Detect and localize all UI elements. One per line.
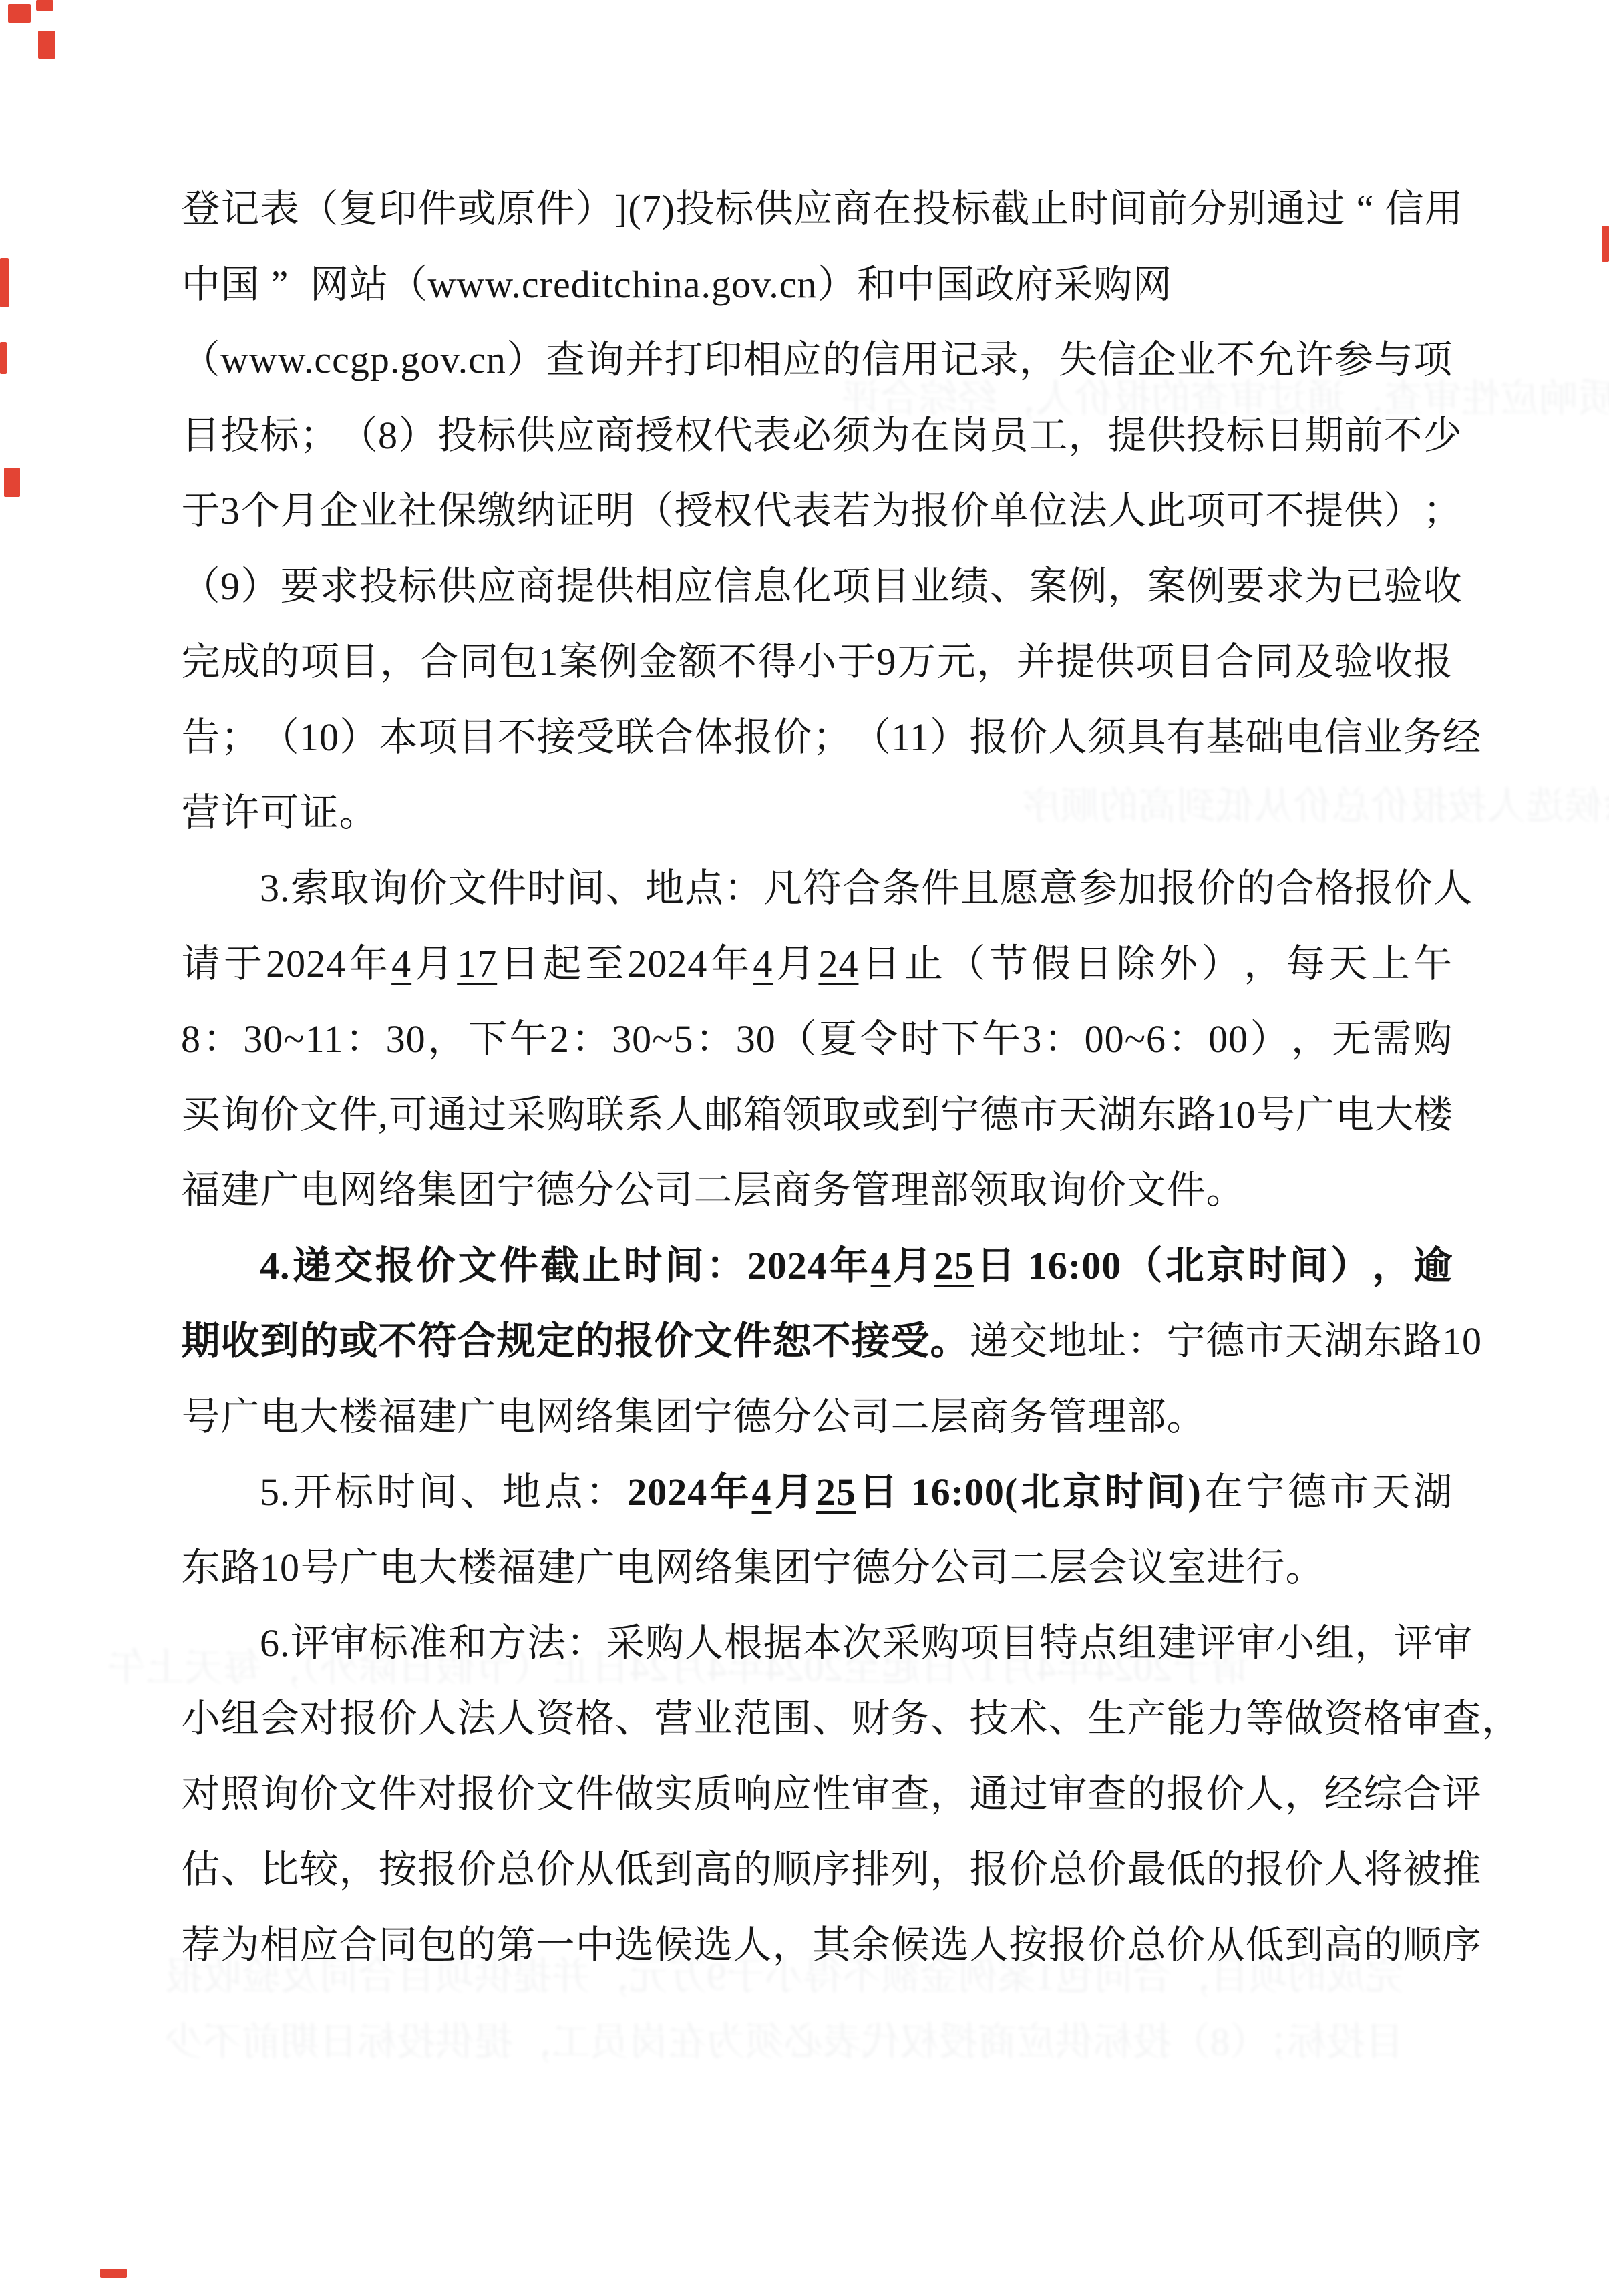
- text-token: 二: [693, 1152, 733, 1228]
- text-line-8: 告；（10）本项目不接受联合体报价；（11）报价人须具有基础电信业务经: [181, 699, 1453, 775]
- text-token: 京: [1063, 1454, 1102, 1530]
- text-token: 其: [812, 1907, 851, 1983]
- text-token: 德: [1206, 1303, 1245, 1379]
- text-token: 项: [832, 548, 871, 624]
- text-token: ): [1188, 1454, 1201, 1530]
- text-token: 表: [792, 473, 832, 548]
- text-token: 无: [1331, 1001, 1371, 1077]
- text-token: 在: [1204, 1454, 1243, 1530]
- text-token: 中: [575, 1907, 614, 1983]
- text-token: 天: [1328, 926, 1368, 1001]
- text-token: 项: [960, 1605, 1000, 1681]
- text-token: 原: [496, 171, 536, 247]
- text-token: 总: [1048, 1832, 1087, 1907]
- text-token: 价: [654, 1303, 693, 1379]
- text-line-6: （9）要求投标供应商提供相应信息化项目业绩、案例，案例要求为已验收: [181, 548, 1453, 624]
- red-scan-artifact: [0, 258, 9, 307]
- text-line-13: 买询价文件,可通过采购联系人邮箱领取或到宁德市天湖东路10号广电大楼: [181, 1077, 1453, 1152]
- text-token: ，: [379, 624, 419, 699]
- text-token: 小: [181, 1681, 220, 1756]
- red-scan-artifact: [4, 468, 20, 497]
- text-token: 本: [803, 1605, 842, 1681]
- text-token: 的: [1206, 1832, 1245, 1907]
- text-token: 4.: [260, 1228, 291, 1303]
- text-token: 4: [753, 926, 773, 1001]
- text-token: 报: [1048, 1907, 1087, 1983]
- text-token: “: [1345, 171, 1385, 247]
- text-token: 经: [1324, 1756, 1363, 1832]
- text-token: 、: [812, 1681, 851, 1756]
- text-token: 报: [1245, 1832, 1284, 1907]
- text-token: 缴: [477, 473, 516, 548]
- ghost-text-line: 目投标；（8）投标供应商授权代表必须为在岗员工，提供投标日期前不少: [164, 2004, 1404, 2080]
- text-token: 司: [654, 1152, 693, 1228]
- text-token: 采: [882, 1605, 921, 1681]
- text-token: 逾: [1413, 1228, 1453, 1303]
- text-line-11: 请于2024年4月17日起至2024年4月24日止（节假日除外），每天上午: [181, 926, 1453, 1001]
- text-line-12: 8：30~11：30，下午2：30~5：30（夏令时下午3：00~6：00），无…: [181, 1001, 1453, 1077]
- text-token: 代: [753, 473, 792, 548]
- text-token: 额: [678, 624, 717, 699]
- text-token: 候: [890, 1907, 930, 1983]
- text-token: 期: [181, 1303, 220, 1379]
- text-token: 行: [1246, 1530, 1285, 1605]
- text-token: 文: [693, 1303, 733, 1379]
- text-token: 的: [260, 624, 300, 699]
- text-token: 供: [1344, 473, 1383, 548]
- text-token: 路: [1177, 1077, 1216, 1152]
- text-token: 完: [181, 624, 220, 699]
- text-token: 低: [1166, 1832, 1206, 1907]
- text-token: 10: [1216, 1077, 1256, 1152]
- text-token: 特: [1039, 1605, 1079, 1681]
- text-token: 信: [713, 548, 753, 624]
- text-token: 9: [876, 624, 896, 699]
- text-token: 室: [1167, 1530, 1206, 1605]
- text-token: 投: [1186, 397, 1226, 473]
- text-token: 求: [1265, 548, 1304, 624]
- text-token: 4: [391, 926, 411, 1001]
- text-line-16: 期收到的或不符合规定的报价文件恕不接受。递交地址：宁德市天湖东路10: [181, 1303, 1453, 1379]
- text-token: 供: [437, 548, 477, 624]
- text-token: 价: [1206, 1756, 1245, 1832]
- text-token: 网: [310, 247, 349, 322]
- text-token: 价: [299, 1756, 339, 1832]
- text-token: 组: [1315, 1605, 1355, 1681]
- text-token: 价: [457, 1832, 496, 1907]
- text-token: 信: [861, 322, 900, 397]
- text-token: 失: [1058, 322, 1097, 397]
- text-token: 2024: [627, 926, 707, 1001]
- text-token: 取: [822, 1077, 862, 1152]
- text-token: 生: [1087, 1681, 1127, 1756]
- text-token: ，: [1107, 548, 1147, 624]
- text-token: 报: [1157, 850, 1197, 926]
- text-token: 被: [1403, 1832, 1442, 1907]
- text-token: 等: [1245, 1681, 1284, 1756]
- text-token: 24: [818, 926, 858, 1001]
- text-token: 别: [1227, 171, 1266, 247]
- text-token: （: [181, 548, 220, 624]
- text-token: 息: [753, 548, 792, 624]
- text-token: 比: [260, 1832, 299, 1907]
- text-token: 收: [1423, 548, 1462, 624]
- text-token: 人: [665, 1077, 704, 1152]
- text-token: 合: [457, 1303, 496, 1379]
- text-token: 企: [319, 473, 359, 548]
- text-token: 外: [1159, 926, 1198, 1001]
- text-token: 权: [713, 473, 753, 548]
- text-token: 络: [694, 1530, 733, 1605]
- text-token: 审: [1236, 1605, 1276, 1681]
- text-token: 选: [930, 1907, 969, 1983]
- text-token: ，: [1068, 397, 1107, 473]
- text-token: 接: [536, 699, 576, 775]
- text-token: 做: [614, 1756, 654, 1832]
- text-token: 月: [415, 926, 454, 1001]
- text-token: 符: [803, 850, 842, 926]
- text-token: 报: [969, 1832, 1009, 1907]
- text-token: （: [299, 171, 339, 247]
- text-token: 列: [890, 1832, 930, 1907]
- text-token: 16:00: [1017, 1228, 1121, 1303]
- text-token: 电: [299, 1152, 339, 1228]
- text-token: 8: [378, 397, 398, 473]
- text-token: 3.: [260, 850, 291, 926]
- text-token: 上: [1371, 926, 1410, 1001]
- text-token: 公: [930, 1530, 970, 1605]
- text-token: 高: [1324, 1907, 1363, 1983]
- text-token: 交: [1009, 1303, 1048, 1379]
- text-token: 价: [378, 1681, 417, 1756]
- text-token: 层: [930, 1379, 969, 1454]
- text-token: 排: [851, 1832, 890, 1907]
- text-token: 的: [457, 1907, 496, 1983]
- text-token: 合: [1403, 1756, 1442, 1832]
- text-token: 价: [1087, 1907, 1127, 1983]
- text-token: 元: [936, 624, 976, 699]
- text-token: 评: [1394, 1605, 1433, 1681]
- text-token: 授: [635, 397, 674, 473]
- text-token: 购: [1093, 247, 1133, 322]
- text-token: 符: [417, 1303, 457, 1379]
- text-token: ”: [260, 247, 299, 322]
- text-token: 件: [499, 1228, 538, 1303]
- text-token: 项: [300, 624, 339, 699]
- text-token: 对: [181, 1756, 220, 1832]
- text-token: 验: [1383, 548, 1423, 624]
- text-token: 。: [1285, 1530, 1324, 1605]
- text-token: 社: [398, 473, 437, 548]
- text-token: 目: [458, 699, 497, 775]
- text-token: 同: [1254, 624, 1294, 699]
- text-token: 合: [339, 1907, 378, 1983]
- text-token: 位: [1029, 473, 1068, 548]
- text-token: 大: [1375, 1077, 1414, 1152]
- text-token: 价: [260, 1077, 299, 1152]
- text-token: 建: [220, 1152, 260, 1228]
- text-token: 供: [595, 548, 635, 624]
- text-token: （: [1123, 1228, 1163, 1303]
- text-token: 宁: [496, 1152, 536, 1228]
- text-token: 标: [477, 397, 516, 473]
- text-token: 为: [871, 473, 910, 548]
- text-token: 德: [852, 1530, 891, 1605]
- text-token: 市: [1019, 1077, 1059, 1152]
- text-token: 岗: [950, 397, 989, 473]
- text-token: ）: [339, 699, 379, 775]
- text-token: 、: [1048, 1681, 1087, 1756]
- text-token: 方: [488, 1605, 527, 1681]
- text-token: 公: [812, 1379, 851, 1454]
- text-token: 8: [181, 1001, 201, 1077]
- text-token: 午: [509, 1001, 548, 1077]
- text-token: 此: [1147, 473, 1186, 548]
- text-token: 日: [1074, 926, 1113, 1001]
- text-token: 有: [1166, 699, 1206, 775]
- text-token: 信: [1385, 171, 1424, 247]
- text-token: 时: [900, 1001, 939, 1077]
- text-token: 力: [1206, 1681, 1245, 1756]
- text-token: 前: [1344, 397, 1383, 473]
- text-token: ，: [1290, 1001, 1330, 1077]
- text-token: 询: [369, 850, 409, 926]
- text-token: 11: [891, 699, 930, 775]
- text-token: 件: [339, 1077, 378, 1152]
- text-token: 府: [1015, 247, 1054, 322]
- text-token: 管: [1048, 1379, 1087, 1454]
- text-token: ，: [976, 624, 1016, 699]
- text-token: 经: [1442, 699, 1481, 775]
- text-token: 商: [969, 1379, 1009, 1454]
- text-token: 投: [220, 397, 260, 473]
- text-token: 报: [1355, 850, 1394, 926]
- text-token: 月: [774, 1454, 814, 1530]
- text-token: 营: [654, 1681, 693, 1756]
- text-token: 福: [497, 1530, 536, 1605]
- text-token: 月: [893, 1228, 932, 1303]
- text-token: 广: [457, 1379, 496, 1454]
- text-token: 购: [1413, 1001, 1453, 1077]
- text-token: 假: [1031, 926, 1071, 1001]
- text-token: 网: [536, 1379, 575, 1454]
- text-token: 文: [448, 850, 488, 926]
- text-token: 00: [1208, 1001, 1248, 1077]
- text-token: 格: [575, 1681, 614, 1756]
- text-token: 若: [832, 473, 871, 548]
- text-token: 购: [645, 1605, 685, 1681]
- text-token: （: [339, 397, 378, 473]
- text-token: 必: [792, 397, 832, 473]
- text-token: 时: [1248, 1228, 1287, 1303]
- text-token: 湖: [1098, 1077, 1137, 1152]
- text-token: 下: [468, 1001, 508, 1077]
- text-token: 日: [1265, 397, 1304, 473]
- text-token: 中: [181, 247, 220, 322]
- text-token: 财: [851, 1681, 890, 1756]
- text-token: 项: [418, 699, 458, 775]
- text-token: 少: [1423, 397, 1462, 473]
- text-token: 营: [181, 775, 220, 850]
- text-token: 年: [830, 1228, 869, 1303]
- text-token: 的: [1363, 1907, 1403, 1983]
- text-token: 国: [936, 247, 975, 322]
- text-token: 年: [711, 926, 750, 1001]
- text-token: 和: [857, 247, 896, 322]
- text-token: 业: [910, 548, 950, 624]
- text-token: 通: [428, 1077, 468, 1152]
- text-token: （: [389, 247, 428, 322]
- text-token: 到: [260, 1303, 299, 1379]
- text-token: 保: [437, 473, 477, 548]
- text-token: ）: [506, 322, 546, 397]
- text-token: 用: [900, 322, 940, 397]
- text-token: 且: [960, 850, 1000, 926]
- text-token: 质: [693, 1756, 733, 1832]
- text-token: 电: [260, 1379, 299, 1454]
- text-token: 提: [1304, 473, 1344, 548]
- text-token: 递: [292, 1228, 331, 1303]
- text-token: 夏: [818, 1001, 858, 1077]
- text-token: 从: [1206, 1907, 1245, 1983]
- text-token: ：: [1127, 1303, 1166, 1379]
- text-token: ](7): [614, 171, 675, 247]
- text-token: 实: [654, 1756, 693, 1832]
- text-token: 业: [1176, 322, 1216, 397]
- text-token: 17: [457, 926, 497, 1001]
- text-token: 化: [792, 548, 832, 624]
- text-token: 开: [293, 1454, 332, 1530]
- text-token: 交: [333, 1228, 373, 1303]
- text-token: 湖: [1324, 1303, 1363, 1379]
- text-token: 网: [655, 1530, 694, 1605]
- text-token: （: [852, 699, 891, 775]
- text-token: 网: [339, 1152, 378, 1228]
- text-token: 标: [398, 548, 437, 624]
- text-token: 通: [1266, 171, 1306, 247]
- text-token: ：: [566, 1605, 606, 1681]
- text-token: 商: [516, 548, 556, 624]
- text-token: 价: [1087, 1152, 1127, 1228]
- text-token: 京: [1206, 1228, 1246, 1303]
- text-token: 每: [1286, 926, 1325, 1001]
- text-token: 件: [1166, 1152, 1206, 1228]
- text-line-15: 4.递交报价文件截止时间：2024年4月25日 16:00（北京时间），逾: [181, 1228, 1453, 1303]
- text-token: 市: [1329, 1454, 1369, 1530]
- text-token: ）: [930, 699, 969, 775]
- text-token: 节: [989, 926, 1029, 1001]
- text-token: 递: [969, 1303, 1009, 1379]
- text-token: 电: [1284, 699, 1324, 775]
- text-token: 项: [1413, 322, 1453, 397]
- text-token: 时: [376, 1454, 415, 1530]
- text-token: 楼: [458, 1530, 497, 1605]
- text-token: 团: [457, 1152, 496, 1228]
- text-token: 单: [989, 473, 1029, 548]
- document-body: 登记表（复印件或原件）](7)投标供应商在投标截止时间前分别通过“信用中国” 网…: [181, 171, 1453, 1983]
- text-token: 电: [1335, 1077, 1375, 1152]
- text-token: 标: [1226, 397, 1265, 473]
- text-token: 文: [1127, 1152, 1166, 1228]
- text-token: 可: [260, 775, 299, 850]
- text-token: ：: [695, 1001, 735, 1077]
- red-scan-artifact: [100, 2269, 127, 2278]
- text-token: 标: [369, 1605, 409, 1681]
- text-token: 价: [773, 699, 812, 775]
- text-token: 日: [976, 1228, 1015, 1303]
- text-token: 、: [930, 1681, 969, 1756]
- text-token: 分: [891, 1530, 930, 1605]
- text-token: 范: [733, 1681, 772, 1756]
- text-token: 于: [837, 624, 876, 699]
- text-token: 件: [378, 1756, 417, 1832]
- text-token: 时: [623, 1228, 663, 1303]
- text-token: 可: [389, 1077, 428, 1152]
- red-scan-artifact: [1602, 226, 1609, 262]
- text-token: 应: [793, 171, 833, 247]
- red-scan-artifact: [38, 31, 55, 59]
- text-token: 信: [1324, 699, 1363, 775]
- text-token: 时: [527, 850, 566, 926]
- text-token: 或: [339, 1303, 378, 1379]
- text-token: 记: [940, 322, 979, 397]
- text-token: 个: [240, 473, 280, 548]
- text-token: 许: [1295, 322, 1334, 397]
- text-token: 请: [181, 926, 220, 1001]
- text-token: 00~6: [1085, 1001, 1166, 1077]
- text-token: 。: [339, 775, 378, 850]
- text-token: [299, 247, 310, 322]
- text-token: 议: [1127, 1530, 1167, 1605]
- text-token: 供: [1095, 624, 1135, 699]
- text-token: 人: [969, 1907, 1009, 1983]
- text-token: 报: [1166, 1756, 1206, 1832]
- text-token: 采: [1054, 247, 1093, 322]
- text-token: 用: [1424, 171, 1463, 247]
- text-token: 广: [339, 1530, 379, 1605]
- text-token: 号: [300, 1530, 339, 1605]
- text-token: 要: [280, 548, 319, 624]
- text-token: 采: [606, 1605, 645, 1681]
- text-token: 期: [1304, 397, 1344, 473]
- text-token: 二: [1009, 1530, 1049, 1605]
- text-line-22: 对照询价文件对报价文件做实质响应性审查，通过审查的报价人，经综合评: [181, 1756, 1453, 1832]
- text-token: 4: [752, 1454, 772, 1530]
- text-token: 审: [851, 1756, 890, 1832]
- text-token: 文: [299, 1077, 339, 1152]
- text-token: 德: [1288, 1454, 1327, 1530]
- text-token: ）: [240, 548, 280, 624]
- text-token: www.creditchina.gov.cn: [428, 247, 818, 322]
- text-token: 福: [181, 1152, 220, 1228]
- text-token: 10: [299, 699, 339, 775]
- text-token: 索: [291, 850, 330, 926]
- text-token: 间: [1146, 1454, 1186, 1530]
- text-token: 员: [989, 397, 1029, 473]
- text-token: 建: [1157, 1605, 1197, 1681]
- text-token: 集: [417, 1152, 457, 1228]
- text-token: 取: [330, 850, 369, 926]
- text-token: 湖: [1413, 1454, 1453, 1530]
- text-token: 至: [585, 926, 624, 1001]
- text-token: 法: [1068, 473, 1107, 548]
- text-token: 规: [496, 1303, 536, 1379]
- text-token: 许: [220, 775, 260, 850]
- text-token: 序: [1442, 1907, 1481, 1983]
- text-token: 过: [1009, 1756, 1048, 1832]
- text-token: 25: [934, 1228, 974, 1303]
- text-token: 参: [1079, 850, 1118, 926]
